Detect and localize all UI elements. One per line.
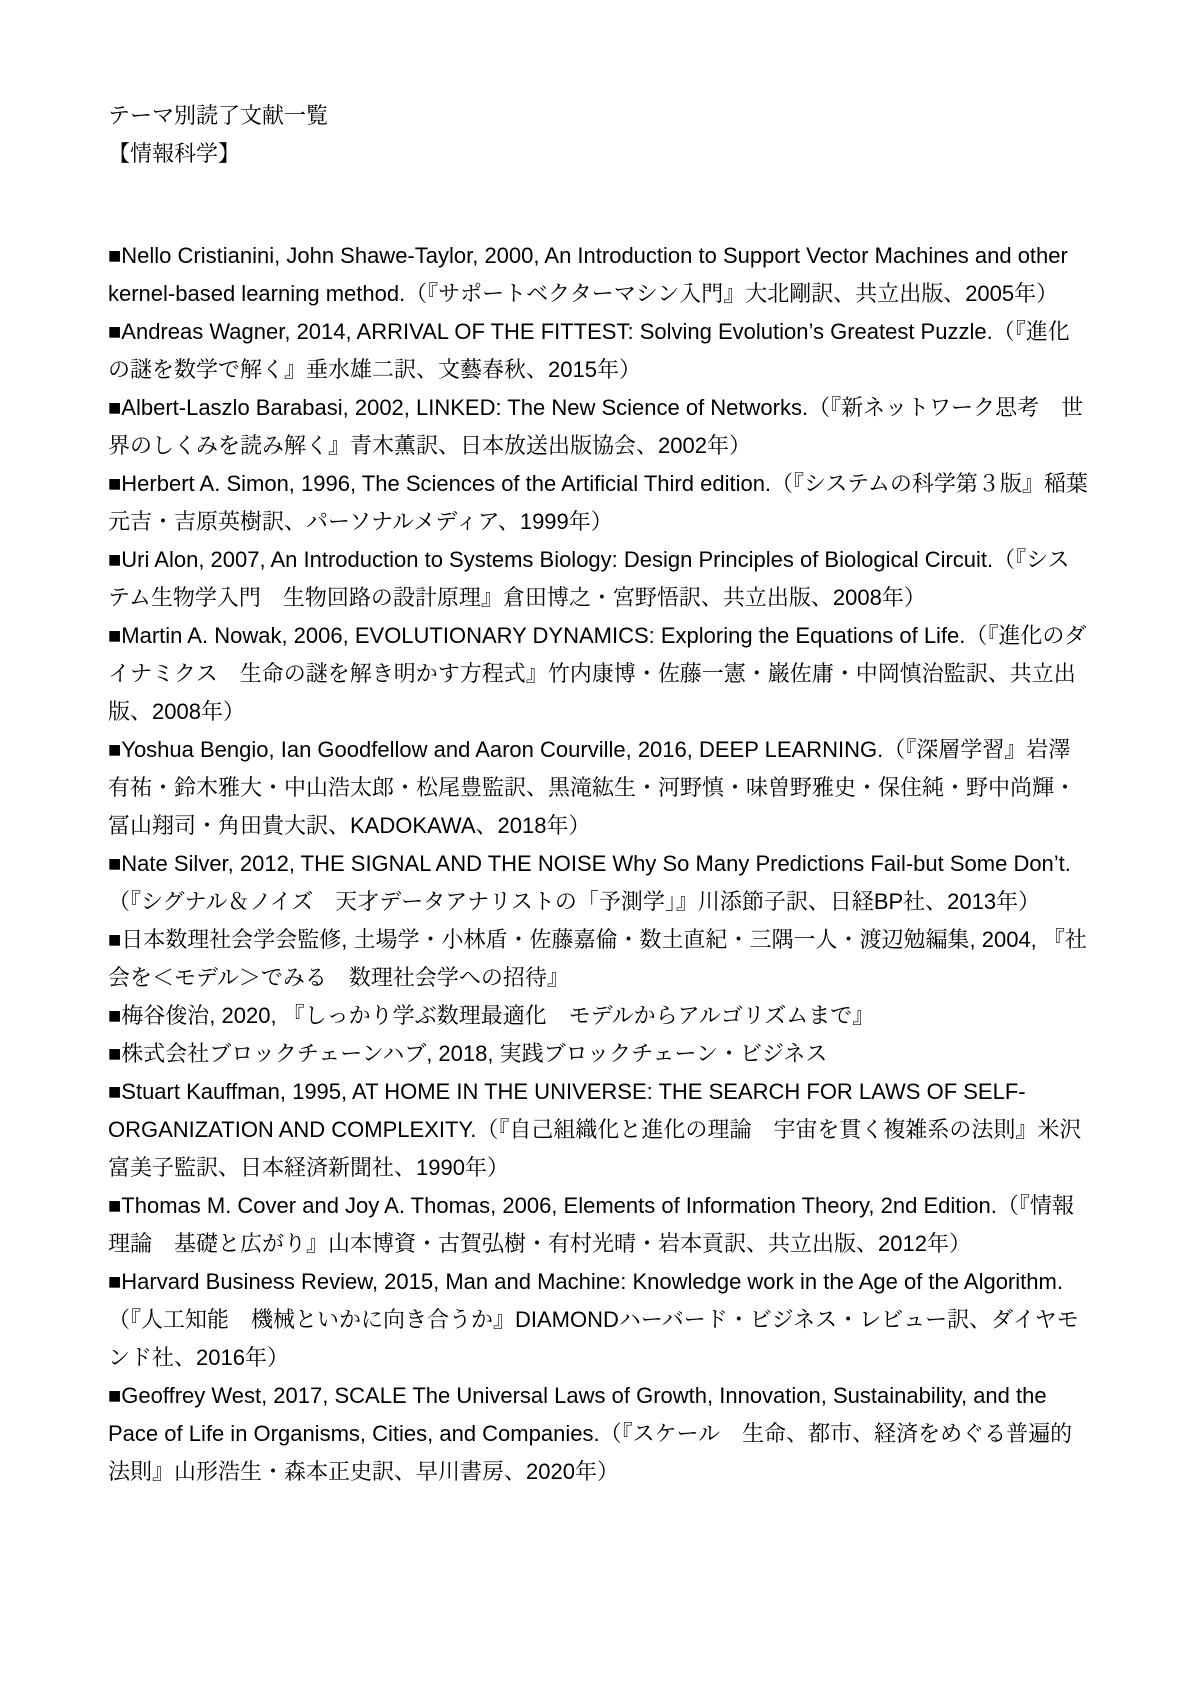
reading-list-entry: ■Martin A. Nowak, 2006, EVOLUTIONARY DYN… xyxy=(108,617,1088,731)
reading-list-entry: ■梅谷俊治, 2020, 『しっかり学ぶ数理最適化 モデルからアルゴリズムまで』 xyxy=(108,997,1088,1035)
reading-list-entry: ■Geoffrey West, 2017, SCALE The Universa… xyxy=(108,1377,1088,1491)
section-heading: 【情報科学】 xyxy=(108,135,1088,173)
reading-list-entry: ■日本数理社会学会監修, 土場学・小林盾・佐藤嘉倫・数土直紀・三隅一人・渡辺勉編… xyxy=(108,921,1088,997)
reading-list-entry: ■Albert-Laszlo Barabasi, 2002, LINKED: T… xyxy=(108,389,1088,465)
reading-list-entry: ■Yoshua Bengio, Ian Goodfellow and Aaron… xyxy=(108,731,1088,845)
reading-list-entry: ■Nello Cristianini, John Shawe-Taylor, 2… xyxy=(108,237,1088,313)
reading-list-entry: ■Uri Alon, 2007, An Introduction to Syst… xyxy=(108,541,1088,617)
reading-list-entry: ■Harvard Business Review, 2015, Man and … xyxy=(108,1263,1088,1377)
reading-list-entry: ■株式会社ブロックチェーンハブ, 2018, 実践ブロックチェーン・ビジネス xyxy=(108,1035,1088,1073)
reading-list-entry: ■Herbert A. Simon, 1996, The Sciences of… xyxy=(108,465,1088,541)
page-title: テーマ別読了文献一覧 xyxy=(108,97,1088,135)
reading-list-entry: ■Andreas Wagner, 2014, ARRIVAL OF THE FI… xyxy=(108,313,1088,389)
document-page: テーマ別読了文献一覧 【情報科学】 ■Nello Cristianini, Jo… xyxy=(0,0,1190,1683)
reading-list: ■Nello Cristianini, John Shawe-Taylor, 2… xyxy=(108,237,1088,1491)
reading-list-entry: ■Stuart Kauffman, 1995, AT HOME IN THE U… xyxy=(108,1073,1088,1187)
reading-list-entry: ■Nate Silver, 2012, THE SIGNAL AND THE N… xyxy=(108,845,1088,921)
reading-list-entry: ■Thomas M. Cover and Joy A. Thomas, 2006… xyxy=(108,1187,1088,1263)
